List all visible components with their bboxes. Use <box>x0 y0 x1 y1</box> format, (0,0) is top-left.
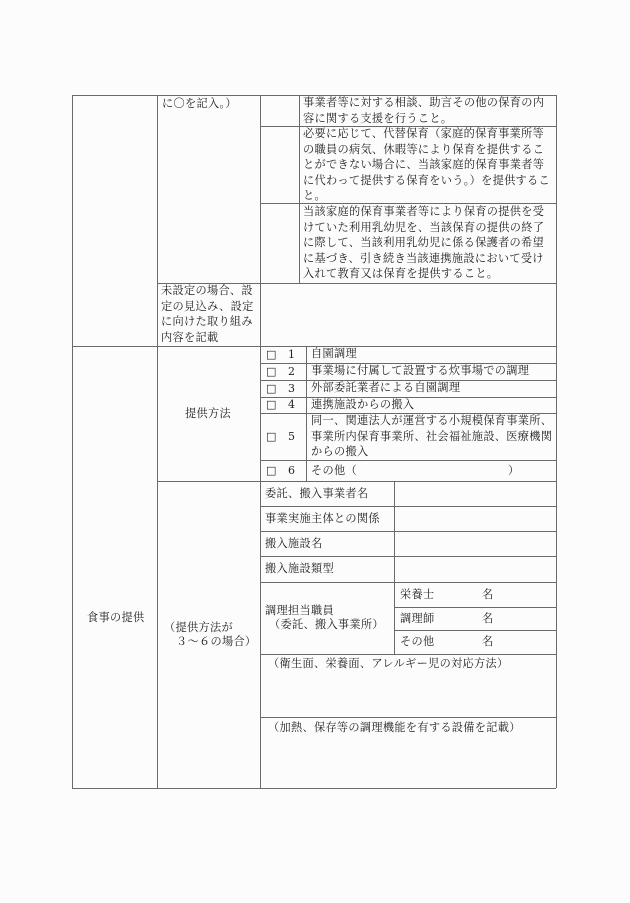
equipment-note: （加熱、保存等の調理機能を有する設備を記載） <box>268 720 521 736</box>
method-label-2: 事業場に付属して設置する炊事場での調理 <box>311 363 529 379</box>
field-input-relationship[interactable] <box>396 508 554 529</box>
divider <box>260 654 556 655</box>
hygiene-input[interactable] <box>262 672 554 715</box>
divider <box>157 481 556 482</box>
meal-section-title: 食事の提供 <box>87 610 144 626</box>
method-label-1: 自園調理 <box>311 346 357 362</box>
divider <box>299 95 300 283</box>
support-checkbox-2[interactable] <box>262 128 297 201</box>
method-checkbox-4[interactable]: □ <box>266 398 276 412</box>
hygiene-note: （衛生面、栄養面、アレルギー児の対応方法） <box>268 656 509 672</box>
method-num-1: 1 <box>288 348 295 362</box>
field-input-facility-name[interactable] <box>396 533 554 554</box>
table-bottom-border <box>72 788 556 789</box>
unset-label: 未設定の場合、設定の見込み、設定に向けた取り組み内容を記載 <box>161 283 257 345</box>
divider <box>394 607 556 608</box>
staff-count-cook[interactable] <box>440 609 478 628</box>
support-checkbox-3[interactable] <box>262 205 297 281</box>
support-text-1: 事業者等に対する相談、助言その他の保育の内容に関する支援を行うこと。 <box>303 95 555 126</box>
condition-label-line2: ３～６の場合） <box>176 634 256 650</box>
divider <box>260 556 556 557</box>
method-num-2: 2 <box>288 365 295 379</box>
table-right-border <box>556 95 557 788</box>
staff-unit-other: 名 <box>482 634 494 650</box>
staff-count-nutritionist[interactable] <box>440 585 478 605</box>
divider <box>260 95 261 788</box>
support-text-3: 当該家庭的保育事業者等により保育の提供を受けていた利用乳幼児を、当該保育の提供の… <box>303 204 555 282</box>
divider <box>260 582 556 583</box>
divider <box>260 506 556 507</box>
method-other-input[interactable] <box>336 463 506 478</box>
method-label-6-close: ） <box>508 463 520 479</box>
method-label-3: 外部委託業者による自園調理 <box>311 380 460 396</box>
field-input-facility-type[interactable] <box>396 558 554 580</box>
method-checkbox-1[interactable]: □ <box>266 348 276 362</box>
method-checkbox-2[interactable]: □ <box>266 365 276 379</box>
divider <box>394 630 556 631</box>
field-label-relationship: 事業実施主体との関係 <box>265 511 380 527</box>
field-label-facility-type: 搬入施設類型 <box>265 561 334 577</box>
method-num-5: 5 <box>288 430 295 444</box>
method-checkbox-3[interactable]: □ <box>266 382 276 396</box>
unset-input[interactable] <box>262 285 554 344</box>
staff-unit-nutritionist: 名 <box>482 587 494 603</box>
method-checkbox-5[interactable]: □ <box>266 430 276 444</box>
col2-header-fragment: に〇を記入。） <box>162 96 237 112</box>
staff-role-cook: 調理師 <box>400 611 434 627</box>
field-label-contractor: 委託、搬入事業者名 <box>265 486 368 502</box>
method-num-3: 3 <box>288 382 295 396</box>
method-label-4: 連携施設からの搬入 <box>311 397 414 413</box>
divider <box>157 95 158 788</box>
support-text-2: 必要に応じて、代替保育（家庭的保育事業所等の職員の病気、休暇等により保育を提供す… <box>303 126 555 204</box>
divider <box>260 531 556 532</box>
staff-unit-cook: 名 <box>482 611 494 627</box>
staff-label-line2: （委託、搬入事業所） <box>269 617 384 633</box>
staff-count-other[interactable] <box>440 632 478 652</box>
field-input-contractor[interactable] <box>396 483 554 504</box>
staff-role-nutritionist: 栄養士 <box>400 587 434 603</box>
field-label-facility-name: 搬入施設名 <box>265 536 322 552</box>
equipment-input[interactable] <box>262 736 554 786</box>
method-label: 提供方法 <box>185 406 231 422</box>
method-label-5: 同一、関連法人が運営する小規模保育事業所、事業所内保育事業所、社会福祉施設、医療… <box>311 413 555 460</box>
method-checkbox-6[interactable]: □ <box>266 464 276 478</box>
method-num-4: 4 <box>288 398 295 412</box>
divider <box>260 460 556 461</box>
staff-role-other: その他 <box>400 634 434 650</box>
table-left-border <box>72 95 73 788</box>
support-checkbox-1[interactable] <box>262 97 297 124</box>
divider <box>260 717 556 718</box>
method-num-6: 6 <box>288 464 295 478</box>
